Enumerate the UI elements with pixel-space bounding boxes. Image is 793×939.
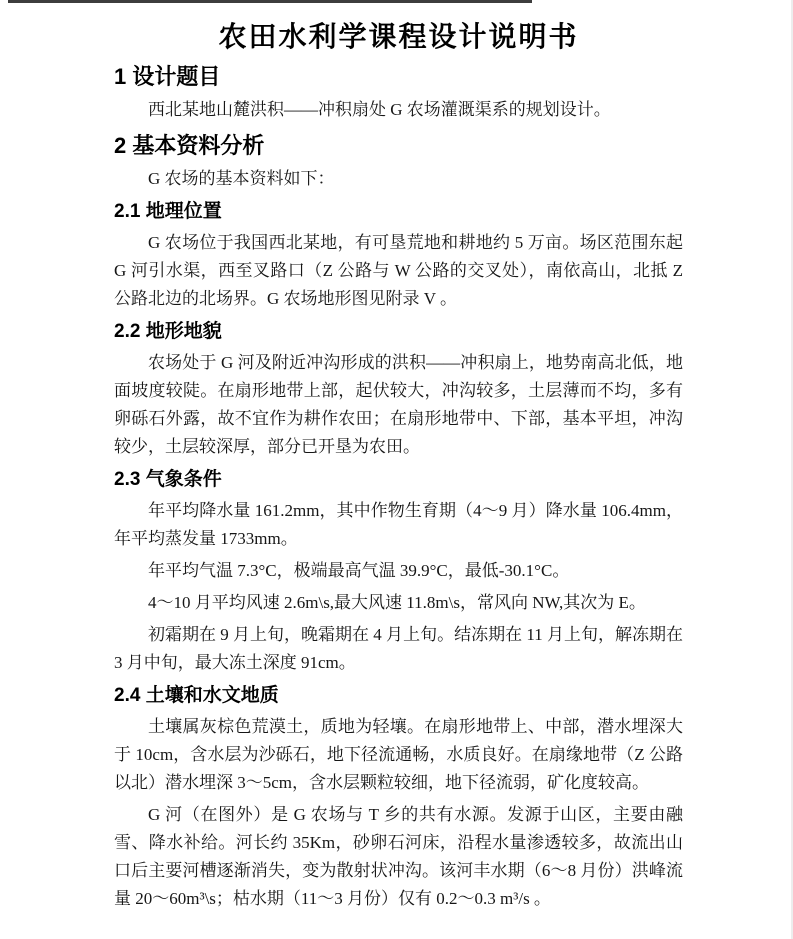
paragraph-temperature: 年平均气温 7.3°C，极端最高气温 39.9°C，最低-30.1°C。	[114, 557, 683, 585]
section-design-topic: 1 设计题目 西北某地山麓洪积——冲积扇处 G 农场灌溉渠系的规划设计。	[114, 63, 683, 124]
heading-terrain: 2.2 地形地貌	[114, 320, 683, 344]
heading-geographic-location: 2.1 地理位置	[114, 200, 683, 224]
paragraph-terrain: 农场处于 G 河及附近冲沟形成的洪积——冲积扇上，地势南高北低，地面坡度较陡。在…	[114, 349, 683, 461]
paragraph-soil: 土壤属灰棕色荒漠土，质地为轻壤。在扇形地带上、中部，潜水埋深大于 10cm，含水…	[114, 713, 683, 797]
heading-design-topic: 1 设计题目	[114, 63, 683, 91]
paragraph-geographic-location: G 农场位于我国西北某地，有可垦荒地和耕地约 5 万亩。场区范围东起 G 河引水…	[114, 229, 683, 313]
document-title: 农田水利学课程设计说明书	[114, 21, 683, 53]
section-soil-hydrogeology: 2.4 土壤和水文地质 土壤属灰棕色荒漠土，质地为轻壤。在扇形地带上、中部，潜水…	[114, 684, 683, 913]
section-terrain: 2.2 地形地貌 农场处于 G 河及附近冲沟形成的洪积——冲积扇上，地势南高北低…	[114, 320, 683, 461]
document-page: 农田水利学课程设计说明书 1 设计题目 西北某地山麓洪积——冲积扇处 G 农场灌…	[0, 0, 793, 939]
paragraph-wind: 4～10 月平均风速 2.6m\s,最大风速 11.8m\s，常风向 NW,其次…	[114, 589, 683, 617]
paragraph-river: G 河（在图外）是 G 农场与 T 乡的共有水源。发源于山区，主要由融雪、降水补…	[114, 801, 683, 913]
heading-soil-hydrogeology: 2.4 土壤和水文地质	[114, 684, 683, 708]
heading-weather: 2.3 气象条件	[114, 468, 683, 492]
section-geographic-location: 2.1 地理位置 G 农场位于我国西北某地，有可垦荒地和耕地约 5 万亩。场区范…	[114, 200, 683, 313]
paragraph-frost: 初霜期在 9 月上旬，晚霜期在 4 月上旬。结冻期在 11 月上旬，解冻期在 3…	[114, 621, 683, 677]
paragraph-basic-data-intro: G 农场的基本资料如下：	[114, 165, 683, 193]
document-viewport: { "doc": { "title": "农田水利学课程设计说明书", "sec…	[0, 0, 793, 939]
paragraph-precipitation: 年平均降水量 161.2mm，其中作物生育期（4～9 月）降水量 106.4mm…	[114, 497, 683, 553]
heading-basic-data: 2 基本资料分析	[114, 132, 683, 160]
window-edge-artifact	[8, 0, 532, 3]
paragraph-design-topic: 西北某地山麓洪积——冲积扇处 G 农场灌溉渠系的规划设计。	[114, 96, 683, 124]
section-weather: 2.3 气象条件 年平均降水量 161.2mm，其中作物生育期（4～9 月）降水…	[114, 468, 683, 677]
section-basic-data: 2 基本资料分析 G 农场的基本资料如下：	[114, 132, 683, 193]
